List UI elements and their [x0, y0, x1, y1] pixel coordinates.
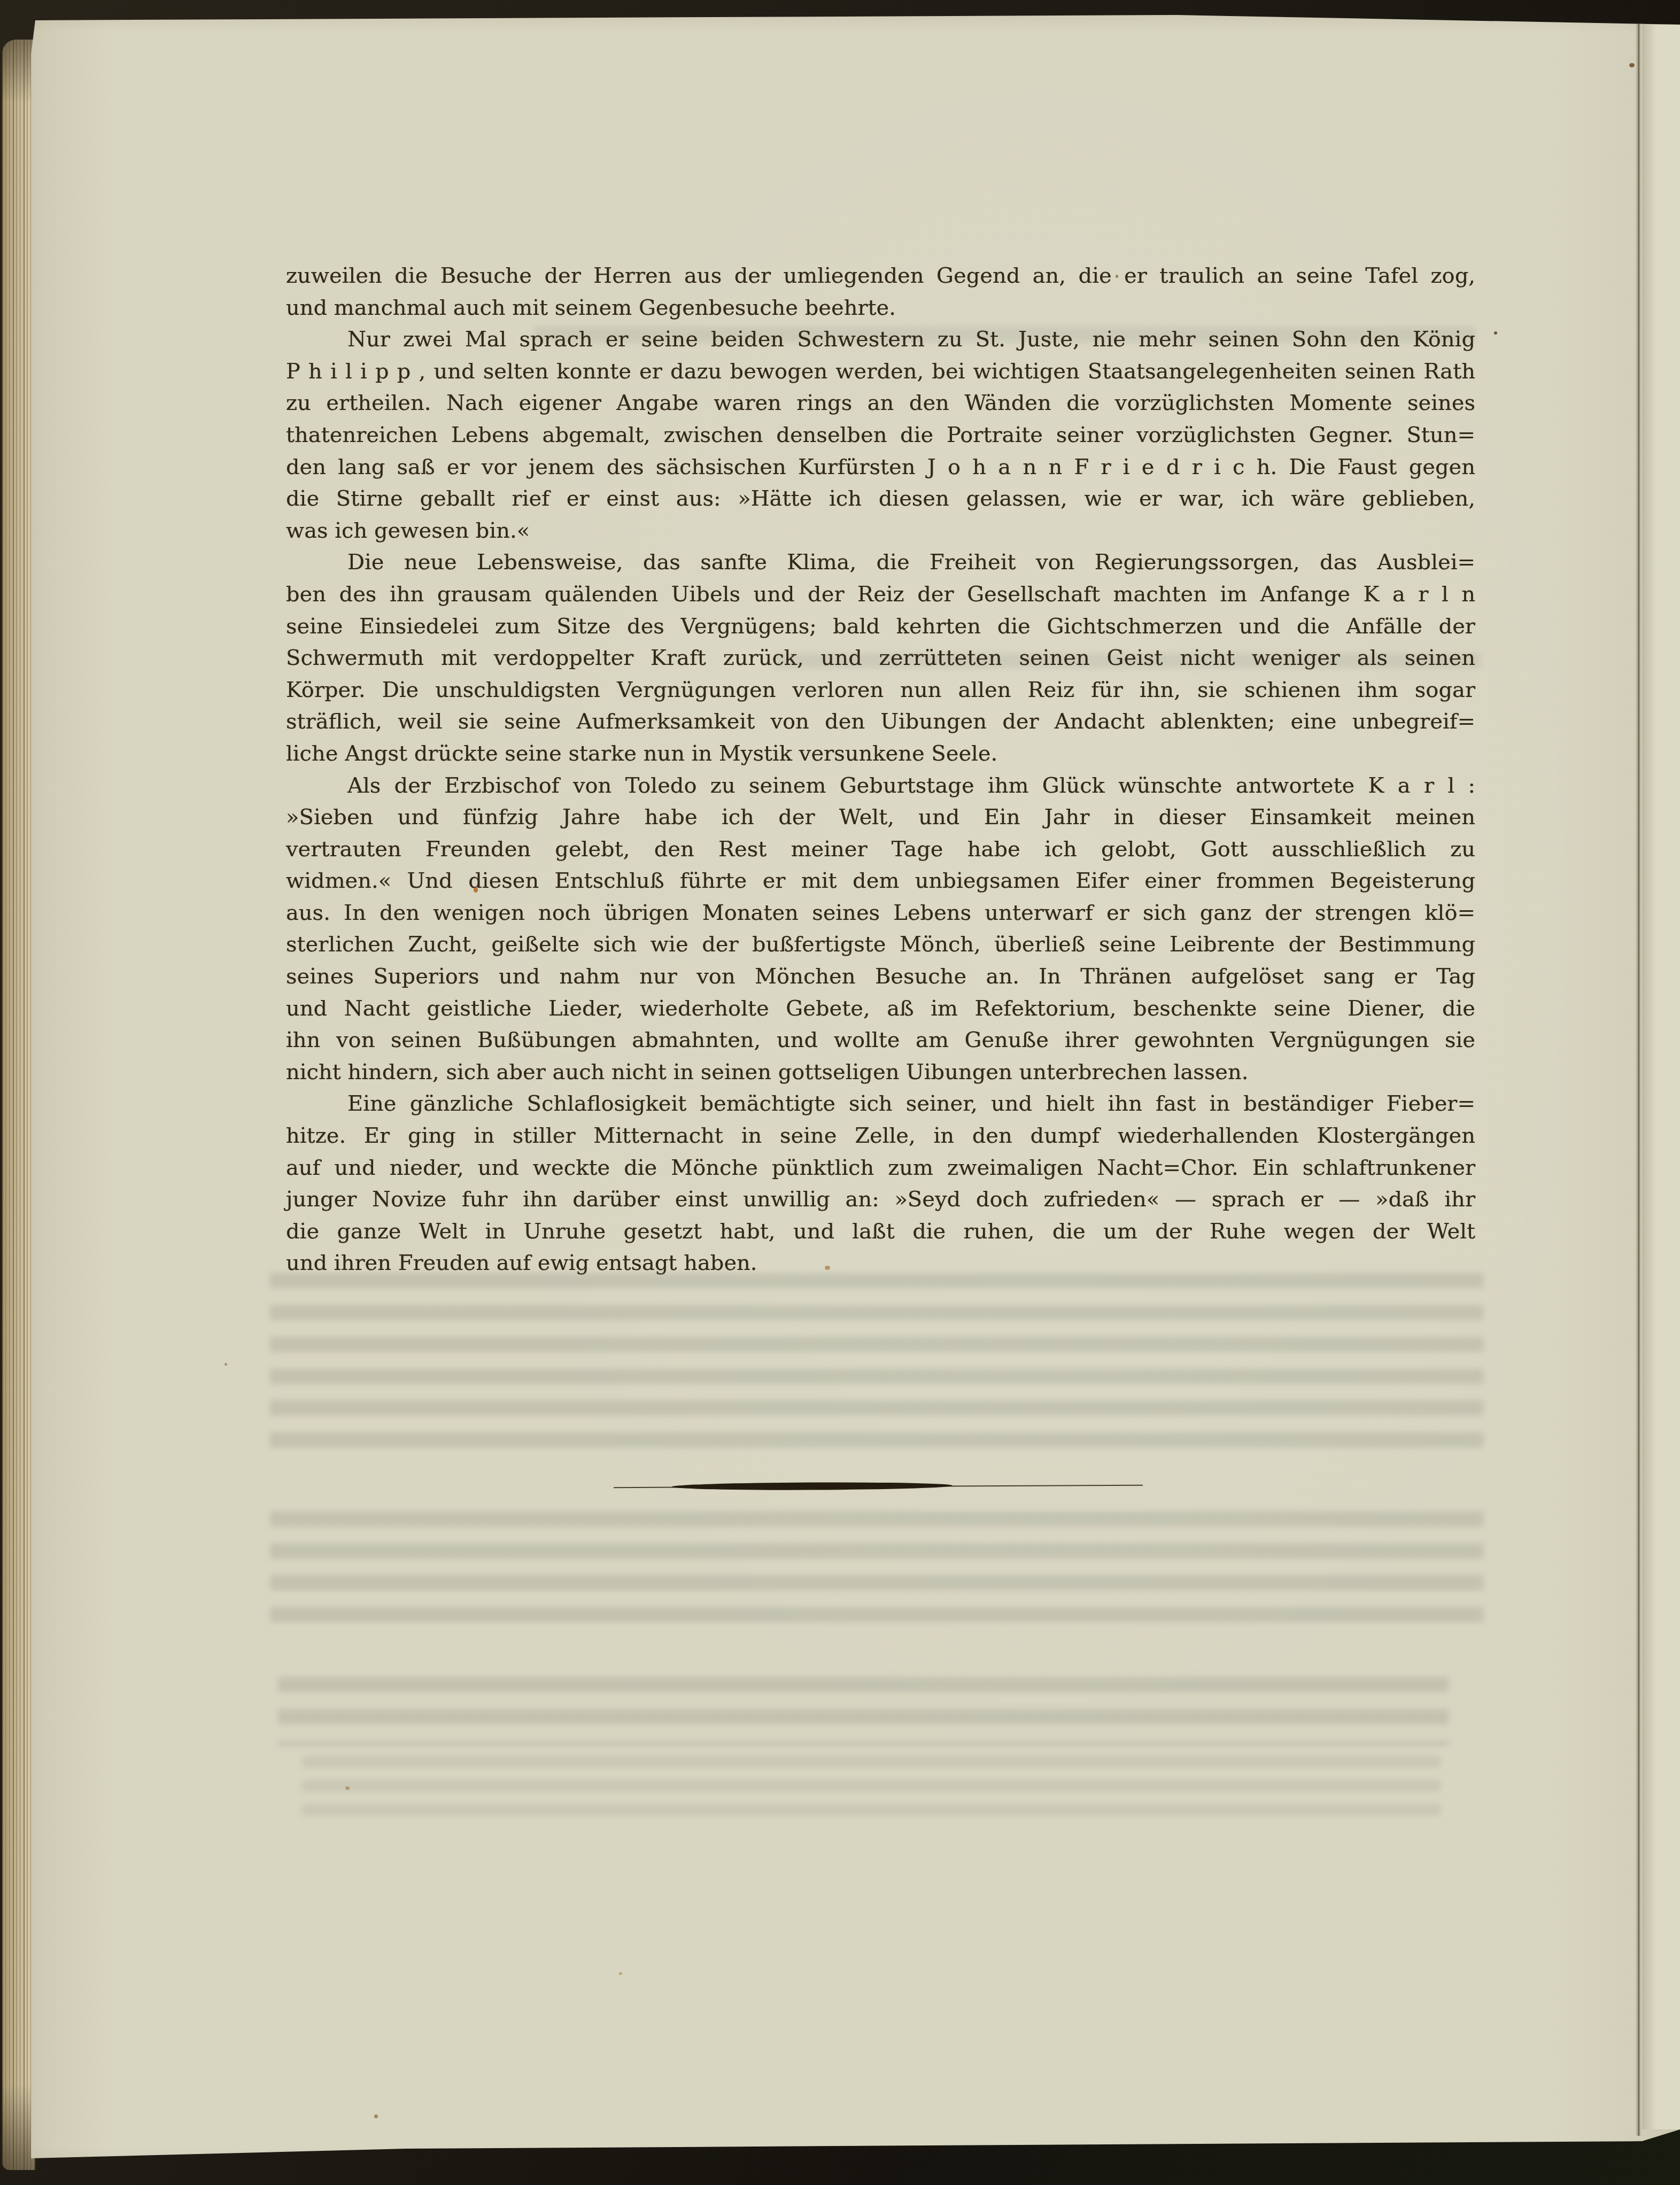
paragraph: Eine gänzliche Schlaflosigkeit bemächtig… — [286, 1088, 1475, 1280]
foxing-speck — [619, 1972, 622, 1975]
text-line: P h i l i p p , und selten konnte er daz… — [286, 356, 1475, 388]
paragraph: zuweilen die Besuche der Herren aus der … — [286, 260, 1475, 324]
text-line: auf und nieder, und weckte die Mönche pü… — [286, 1152, 1475, 1184]
text-line: junger Novize fuhr ihn darüber einst unw… — [286, 1184, 1475, 1216]
text-line: thatenreichen Lebens abgemalt, zwischen … — [286, 420, 1475, 452]
text-line: seine Einsiedelei zum Sitze des Vergnüge… — [286, 611, 1475, 643]
page-crease — [1636, 24, 1642, 2136]
scanned-book-page: zuweilen die Besuche der Herren aus der … — [0, 0, 1680, 2185]
text-line: seines Superiors und nahm nur von Mönche… — [286, 961, 1475, 993]
paragraph: Als der Erzbischof von Toledo zu seinem … — [286, 770, 1475, 1089]
text-line: Die neue Lebensweise, das sanfte Klima, … — [286, 547, 1475, 579]
text-line: zuweilen die Besuche der Herren aus der … — [286, 260, 1475, 292]
text-line: sträflich, weil sie seine Aufmerksamkeit… — [286, 706, 1475, 738]
foxing-speck — [1629, 63, 1635, 67]
foxing-speck — [474, 887, 478, 893]
paragraph: Nur zwei Mal sprach er seine beiden Schw… — [286, 324, 1475, 547]
text-line: hitze. Er ging in stiller Mitternacht in… — [286, 1120, 1475, 1152]
text-line: Körper. Die unschuldigsten Vergnügungen … — [286, 675, 1475, 707]
foxing-speck — [1116, 275, 1118, 278]
rule-swell — [672, 1482, 953, 1490]
ghost-text-bleedthrough — [278, 1677, 1449, 1746]
text-line: widmen.« Und diesen Entschluß führte er … — [286, 865, 1475, 897]
text-line: ben des ihn grausam quälenden Uibels und… — [286, 579, 1475, 611]
text-line: »Sieben und fünfzig Jahre habe ich der W… — [286, 802, 1475, 834]
adjacent-page-edge — [1642, 25, 1680, 2129]
text-line: den lang saß er vor jenem des sächsische… — [286, 452, 1475, 484]
ghost-text-bleedthrough — [270, 1273, 1483, 1463]
text-line: und Nacht geistliche Lieder, wiederholte… — [286, 993, 1475, 1025]
foxing-speck — [224, 1363, 227, 1366]
text-line: Nur zwei Mal sprach er seine beiden Schw… — [286, 324, 1475, 356]
text-line: nicht hindern, sich aber auch nicht in s… — [286, 1057, 1475, 1089]
ghost-footnote-bleedthrough — [302, 1756, 1441, 1819]
text-line: ihn von seinen Bußübungen abmahnten, und… — [286, 1025, 1475, 1057]
text-line: die Stirne geballt rief er einst aus: »H… — [286, 483, 1475, 515]
text-line: Schwermuth mit verdoppelter Kraft zurück… — [286, 642, 1475, 675]
text-line: liche Angst drückte seine starke nun in … — [286, 738, 1475, 770]
page-edge-stack — [2, 40, 35, 2170]
text-line: Als der Erzbischof von Toledo zu seinem … — [286, 770, 1475, 802]
text-line: aus. In den wenigen noch übrigen Monaten… — [286, 897, 1475, 929]
foxing-speck — [374, 2114, 378, 2118]
body-text-block: zuweilen die Besuche der Herren aus der … — [286, 260, 1475, 1280]
text-line: die ganze Welt in Unruhe gesetzt habt, u… — [286, 1216, 1475, 1248]
foxing-speck — [345, 1786, 350, 1790]
text-line: zu ertheilen. Nach eigener Angabe waren … — [286, 388, 1475, 420]
text-line: und manchmal auch mit seinem Gegenbesuch… — [286, 292, 1475, 324]
foxing-speck — [1494, 331, 1497, 335]
text-line: Eine gänzliche Schlaflosigkeit bemächtig… — [286, 1088, 1475, 1120]
text-line: vertrauten Freunden gelebt, den Rest mei… — [286, 834, 1475, 866]
foxing-speck — [825, 1266, 830, 1270]
paragraph: Die neue Lebensweise, das sanfte Klima, … — [286, 547, 1475, 770]
text-line: was ich gewesen bin.« — [286, 515, 1475, 547]
text-line: sterlichen Zucht, geißelte sich wie der … — [286, 929, 1475, 961]
ghost-text-bleedthrough — [270, 1512, 1483, 1639]
